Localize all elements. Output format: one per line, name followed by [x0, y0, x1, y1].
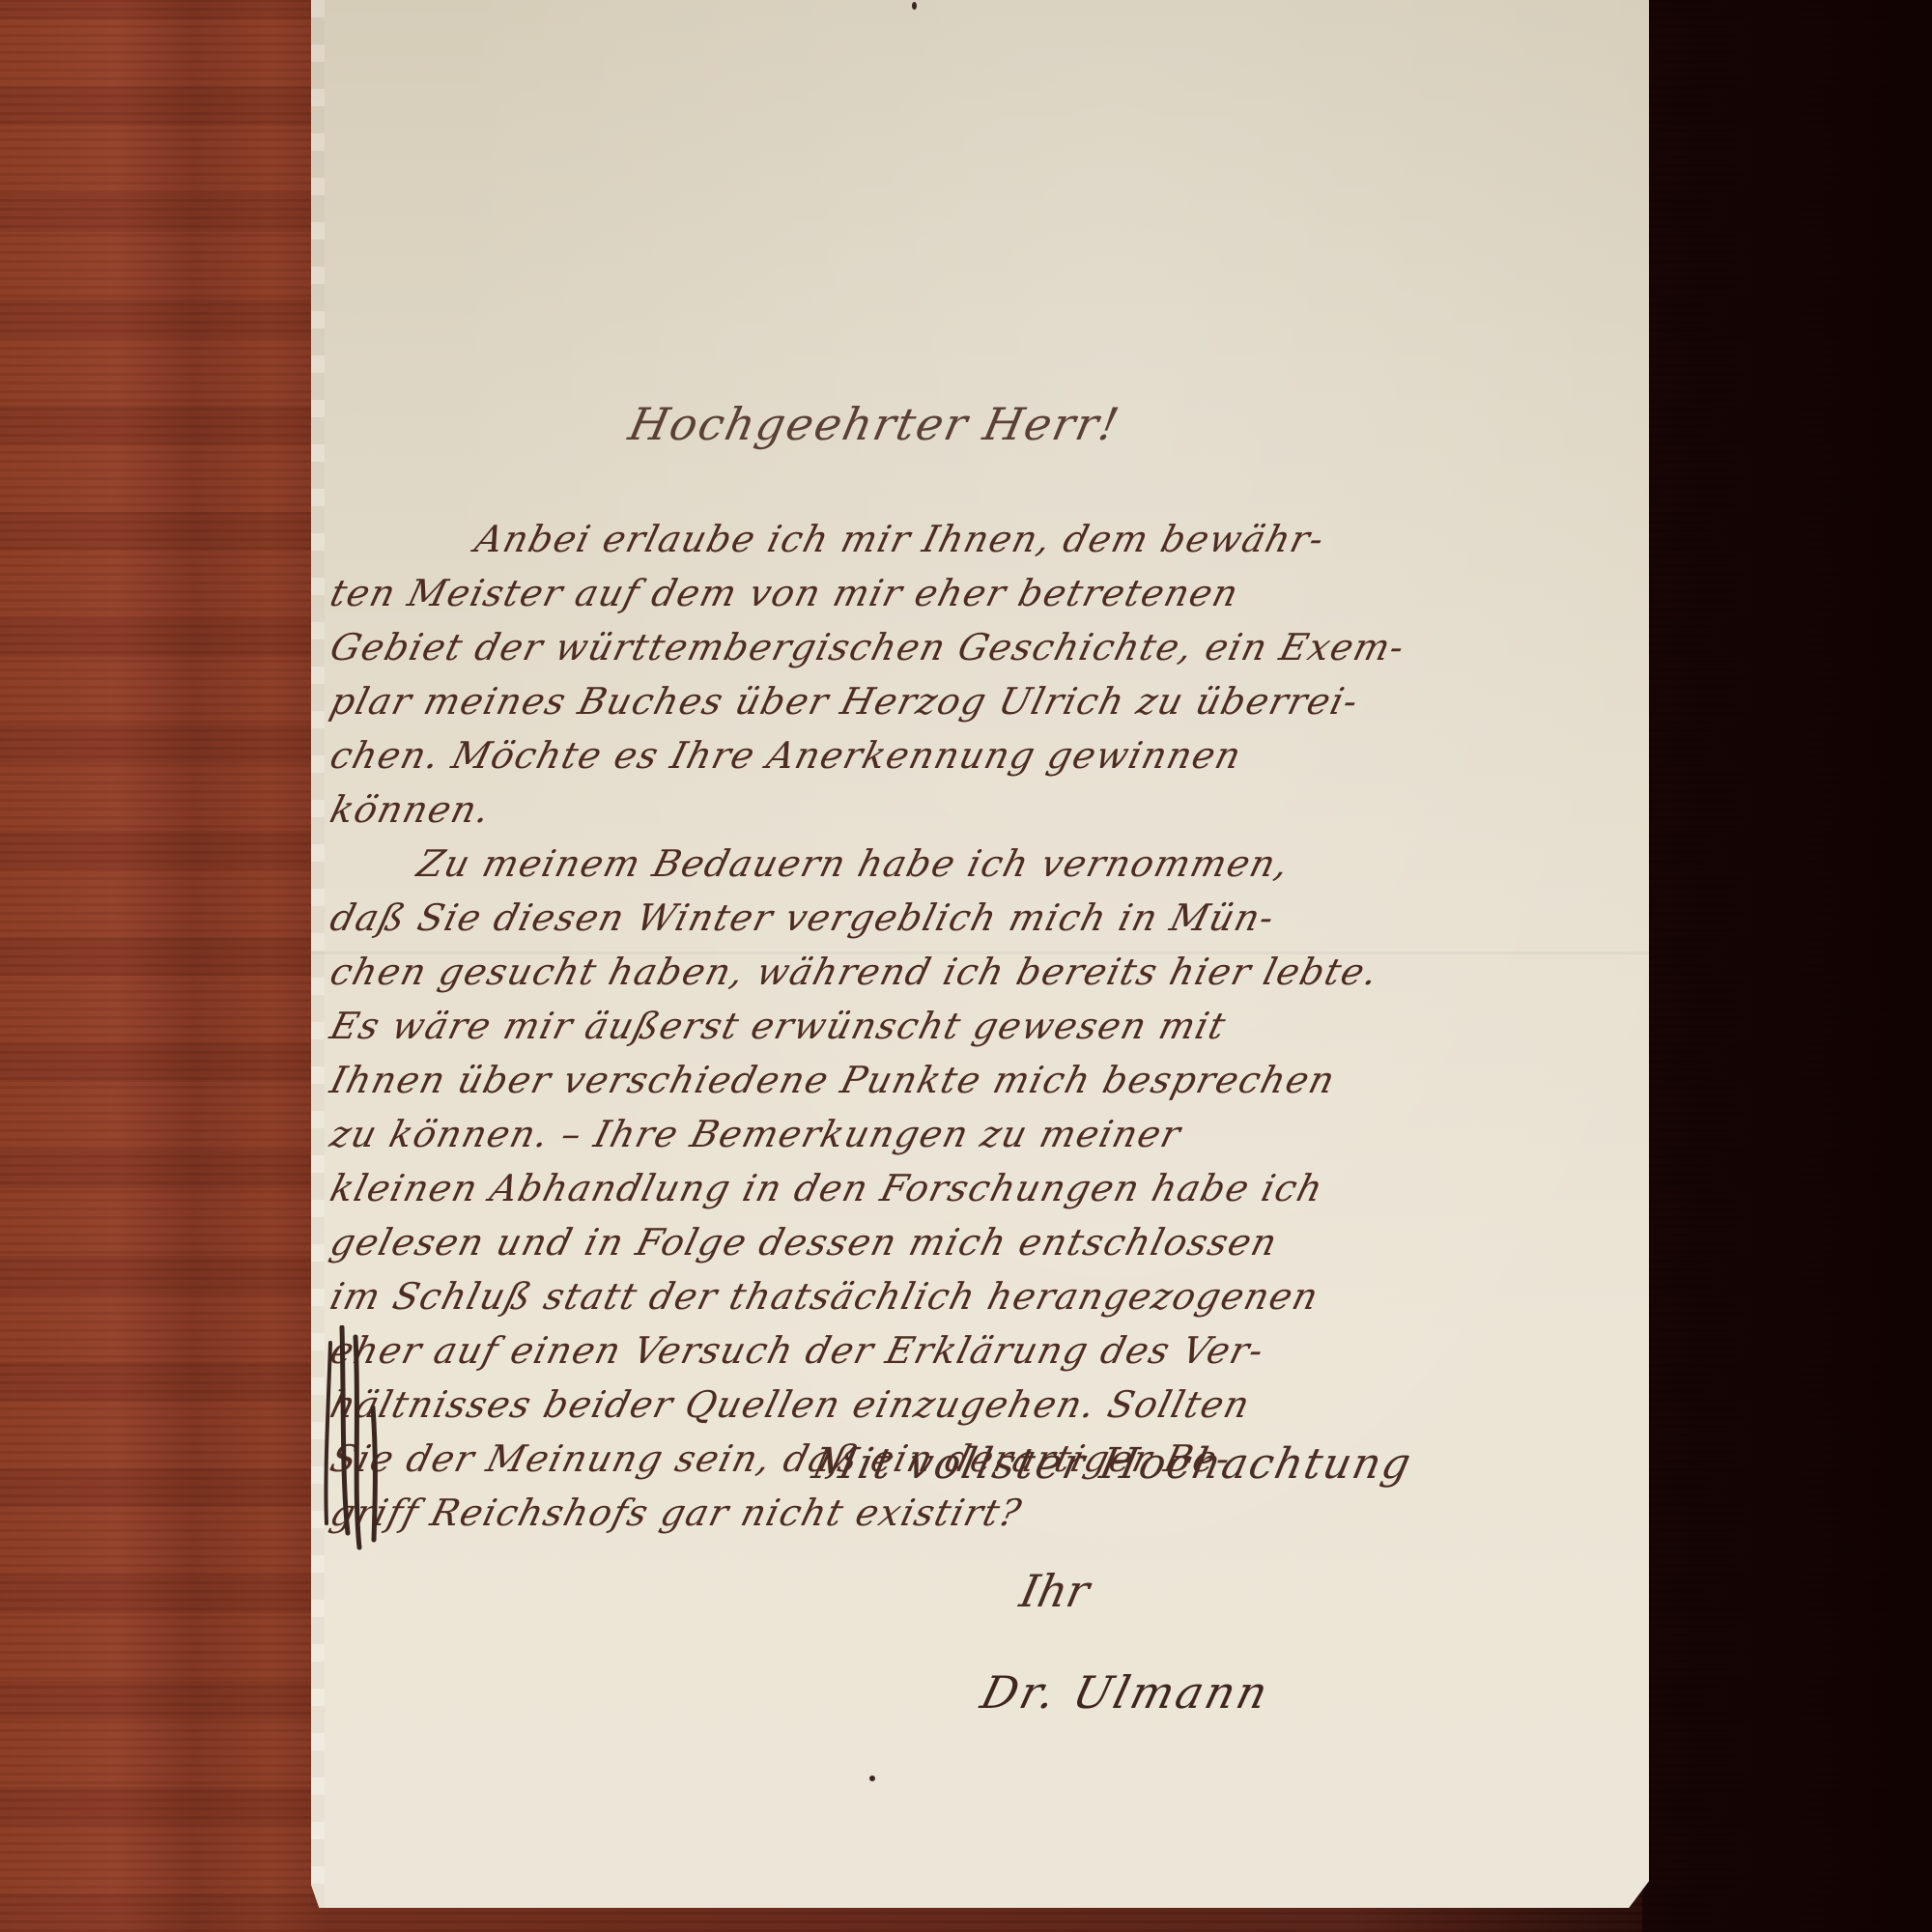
ink-dot-mark: [869, 1776, 875, 1781]
letter-signature: Dr. Ulmann: [976, 1666, 1275, 1719]
letter-salutation: Hochgeehrter Herr!: [624, 398, 1124, 450]
letter-line: Anbei erlaube ich mir Ihnen, dem bewähr-: [325, 512, 1652, 566]
letter-line: im Schluß statt der thatsächlich herange…: [325, 1269, 1652, 1323]
letter-line: kleinen Abhandlung in den Forschungen ha…: [325, 1161, 1652, 1215]
letter-line: gelesen und in Folge dessen mich entschl…: [325, 1215, 1652, 1269]
letter-line: Ihnen über verschiedene Punkte mich besp…: [325, 1053, 1652, 1107]
ink-dot-mark: [912, 2, 917, 10]
table-shadow-area: [1642, 0, 1932, 1932]
letter-line: chen gesucht haben, während ich bereits …: [325, 945, 1652, 999]
margin-pen-strokes-icon: [321, 1325, 388, 1557]
letter-closing: Mit vollster Hochachtung: [809, 1439, 1417, 1489]
letter-line: griff Reichshofs gar nicht existirt?: [325, 1486, 1652, 1540]
handwritten-letter: Hochgeehrter Herr! Anbei erlaube ich mir…: [311, 0, 1649, 1908]
letter-line: chen. Möchte es Ihre Anerkennung gewinne…: [325, 728, 1652, 782]
letter-line: daß Sie diesen Winter vergeblich mich in…: [325, 891, 1652, 945]
letter-body: Anbei erlaube ich mir Ihnen, dem bewähr-…: [325, 512, 1638, 1540]
letter-line: eher auf einen Versuch der Erklärung des…: [325, 1323, 1652, 1378]
letter-line: plar meines Buches über Herzog Ulrich zu…: [325, 674, 1652, 728]
letter-closing-pronoun: Ihr: [1015, 1565, 1094, 1617]
letter-line: Es wäre mir äußerst erwünscht gewesen mi…: [325, 999, 1652, 1053]
letter-line: ten Meister auf dem von mir eher betrete…: [325, 566, 1652, 620]
letter-line: können.: [325, 782, 1652, 837]
letter-line: Zu meinem Bedauern habe ich vernommen,: [325, 837, 1652, 891]
letter-line: hältnisses beider Quellen einzugehen. So…: [325, 1378, 1652, 1432]
letter-line: zu können. – Ihre Bemerkungen zu meiner: [325, 1107, 1652, 1161]
letter-line: Gebiet der württembergischen Geschichte,…: [325, 620, 1652, 674]
